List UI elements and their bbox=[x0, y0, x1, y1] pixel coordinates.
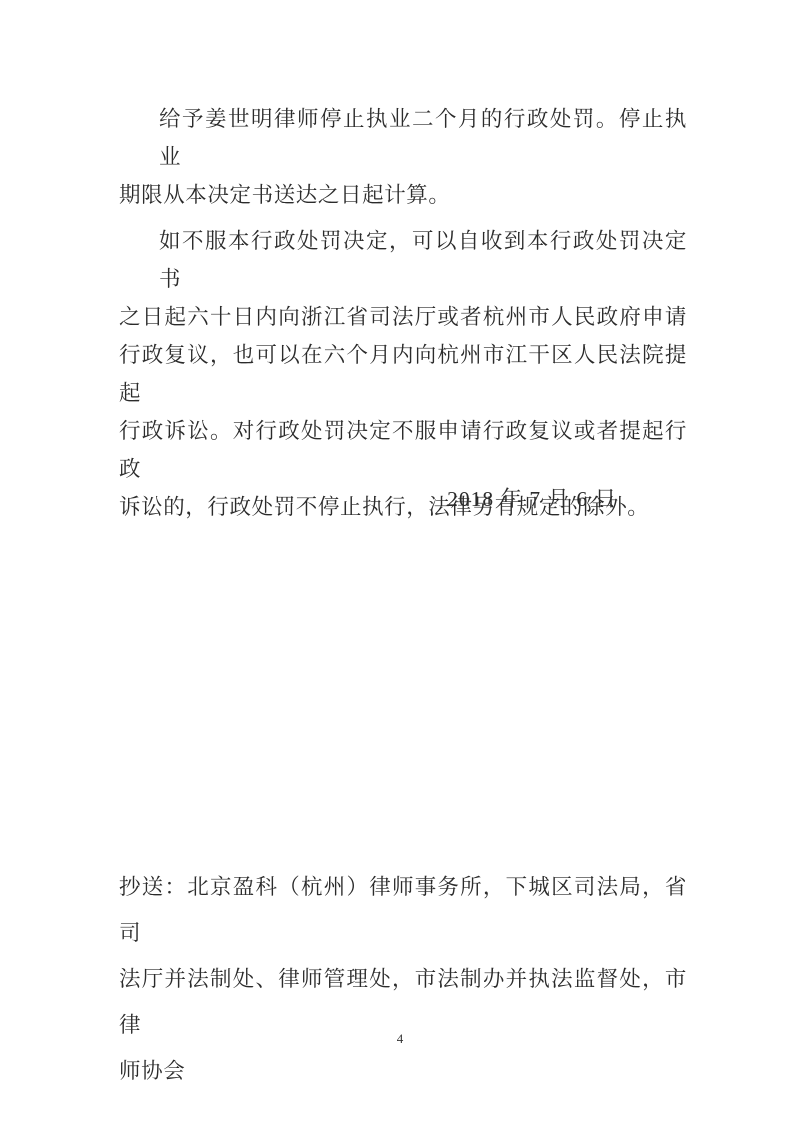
cc-line: 师协会 bbox=[119, 1048, 687, 1094]
text-line: 行政复议，也可以在六个月内向杭州市江干区人民法院提起 bbox=[119, 336, 687, 412]
document-date: 2018 年 7 月 6 日 bbox=[119, 486, 687, 512]
text-line: 期限从本决定书送达之日起计算。 bbox=[119, 176, 687, 214]
text-line: 之日起六十日内向浙江省司法厅或者杭州市人民政府申请 bbox=[119, 298, 687, 336]
text-line: 给予姜世明律师停止执业二个月的行政处罚。停止执业 bbox=[119, 100, 687, 176]
paragraph-penalty: 给予姜世明律师停止执业二个月的行政处罚。停止执业 期限从本决定书送达之日起计算。 bbox=[119, 100, 687, 214]
page-number: 4 bbox=[0, 1030, 800, 1048]
paragraph-appeal-rights: 如不服本行政处罚决定，可以自收到本行政处罚决定书 之日起六十日内向浙江省司法厅或… bbox=[119, 222, 687, 526]
text-line: 如不服本行政处罚决定，可以自收到本行政处罚决定书 bbox=[119, 222, 687, 298]
cc-distribution-block: 抄送：北京盈科（杭州）律师事务所，下城区司法局，省司 法厅并法制处、律师管理处，… bbox=[119, 864, 687, 1094]
cc-line: 抄送：北京盈科（杭州）律师事务所，下城区司法局，省司 bbox=[119, 864, 687, 956]
text-line: 行政诉讼。对行政处罚决定不服申请行政复议或者提起行政 bbox=[119, 412, 687, 488]
document-body: 给予姜世明律师停止执业二个月的行政处罚。停止执业 期限从本决定书送达之日起计算。… bbox=[119, 100, 687, 526]
